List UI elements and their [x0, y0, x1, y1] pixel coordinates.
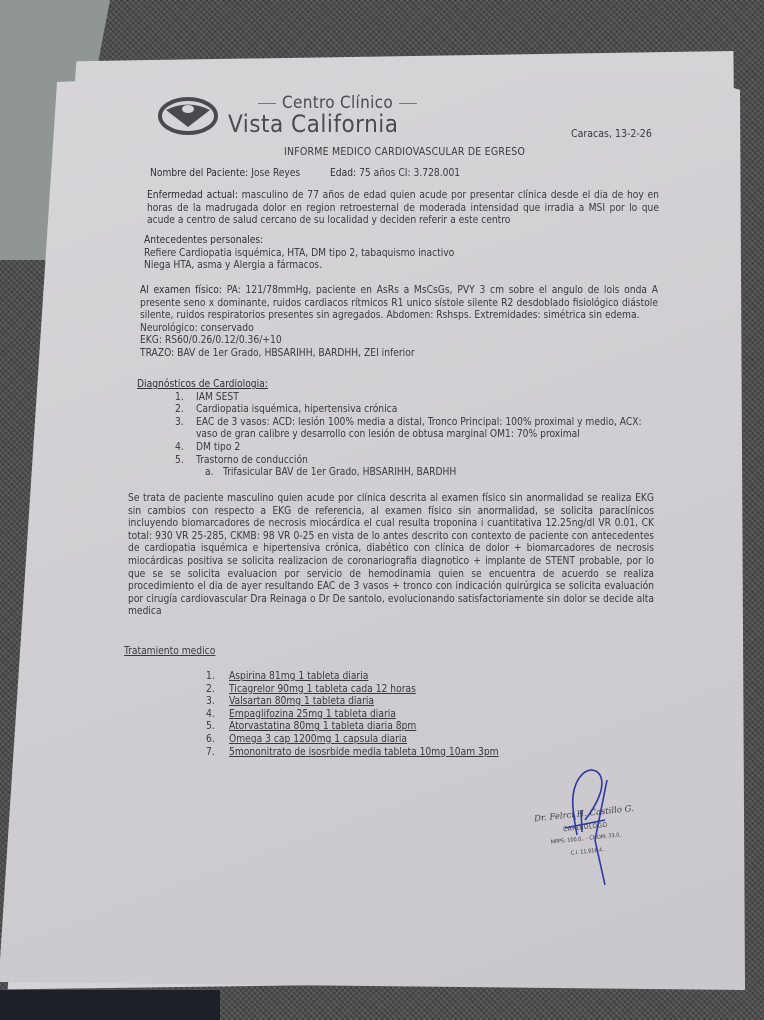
- current-illness: Enfermedad actual: masculino de 77 años …: [147, 190, 659, 228]
- diagnosis-item: 4.DM tipo 2: [175, 442, 645, 455]
- age-label: Edad:: [330, 168, 356, 179]
- patient-name-label: Nombre del Paciente:: [150, 168, 248, 179]
- ci-label: CI:: [398, 168, 410, 179]
- medication-item: 1.Aspirina 81mg 1 tableta diaria: [206, 671, 499, 684]
- diagnosis-item: 5.Trastorno de conducción: [175, 455, 645, 468]
- ci-value: 3.728.001: [414, 168, 461, 179]
- document-title: INFORME MEDICO CARDIOVASCULAR DE EGRESO: [284, 146, 525, 159]
- personal-history-line: Niega HTA, asma y Alergia a fármacos.: [144, 260, 454, 273]
- clinical-summary: Se trata de paciente masculino quien acu…: [128, 493, 654, 619]
- diagnoses: Diagnósticos de Cardiologia: 1.IAM SEST …: [137, 379, 645, 480]
- diagnoses-label: Diagnósticos de Cardiologia:: [137, 379, 645, 392]
- ekg-line: EKG: RS60/0.26/0.12/0.36/+10: [140, 335, 658, 348]
- medication-item: 5.Atorvastatina 80mg 1 tableta diaria 8p…: [206, 721, 499, 734]
- medical-report: Centro Clínico Vista California Caracas,…: [0, 0, 764, 1020]
- medication-list: 1.Aspirina 81mg 1 tableta diaria 2.Ticag…: [206, 671, 499, 759]
- personal-history-label: Antecedentes personales:: [144, 235, 454, 248]
- medication-item: 7.5mononitrato de isosrbide media tablet…: [206, 747, 499, 760]
- patient-info: Nombre del Paciente: Jose Reyes Edad: 75…: [150, 168, 300, 181]
- trace-line: TRAZO: BAV de 1er Grado, HBSARIHH, BARDH…: [140, 348, 658, 361]
- physical-exam: Al examen físico: PA: 121/78mmHg, pacien…: [140, 285, 658, 361]
- diagnosis-subitem: a.Trifasicular BAV de 1er Grado, HBSARIH…: [175, 467, 645, 480]
- physical-exam-label: Al examen físico:: [140, 285, 222, 296]
- personal-history-line: Refiere Cardiopatia isquémica, HTA, DM t…: [144, 248, 454, 261]
- medication-item: 3.Valsartan 80mg 1 tableta diaria: [206, 696, 499, 709]
- medication-item: 4.Empaglifozina 25mg 1 tableta diaria: [206, 709, 499, 722]
- diagnosis-item: 1.IAM SEST: [175, 392, 645, 405]
- current-illness-label: Enfermedad actual:: [147, 190, 238, 201]
- medication-item: 2.Ticagrelor 90mg 1 tableta cada 12 hora…: [206, 684, 499, 697]
- neuro-line: Neurológico: conservado: [140, 323, 658, 336]
- treatment-label: Tratamiento medico: [124, 646, 215, 659]
- signature-icon: [545, 760, 635, 890]
- medication-item: 6.Omega 3 cap 1200mg 1 capsula diaria: [206, 734, 499, 747]
- clinic-name-line2: Vista California: [228, 112, 423, 136]
- clinic-logo-icon: [158, 97, 222, 135]
- diagnosis-item: 3.EAC de 3 vasos: ACD: lesión 100% media…: [175, 417, 645, 442]
- place-date: Caracas, 13-2-26: [571, 128, 652, 141]
- clinic-logo: Centro Clínico Vista California: [158, 95, 423, 136]
- age-value: 75 años: [359, 168, 395, 179]
- diagnosis-item: 2.Cardiopatia isquémica, hipertensiva cr…: [175, 404, 645, 417]
- personal-history: Antecedentes personales: Refiere Cardiop…: [144, 235, 454, 273]
- patient-name: Jose Reyes: [251, 168, 300, 179]
